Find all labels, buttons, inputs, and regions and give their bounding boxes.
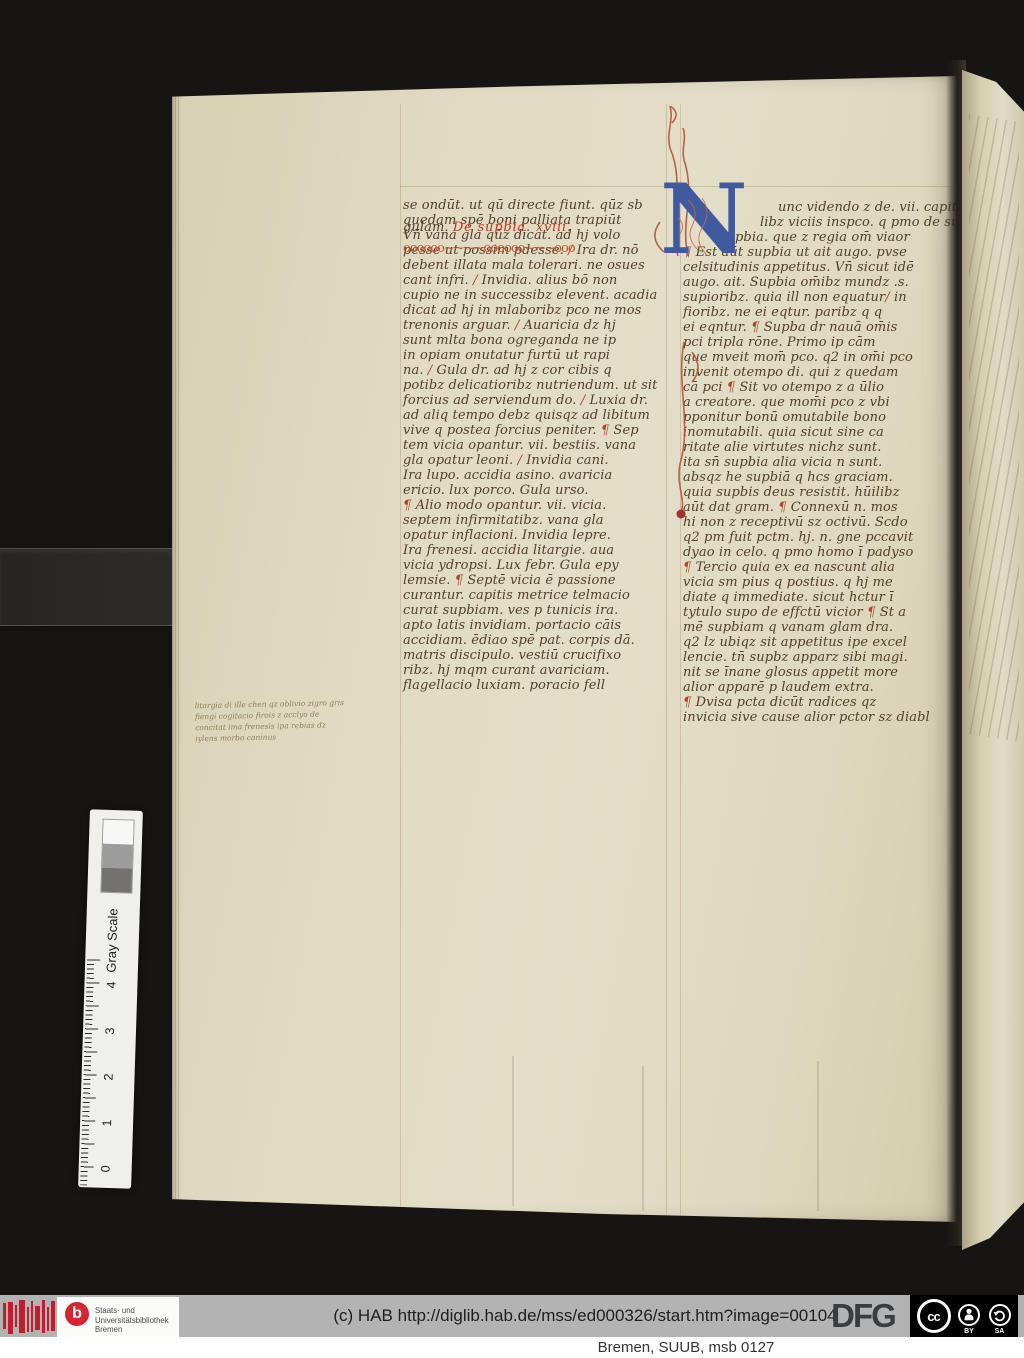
gray-patch-mid bbox=[102, 844, 133, 869]
manuscript-text-line: diate q immediate. sicut hctur ī bbox=[683, 590, 955, 605]
manuscript-text-line: ¶ Alio modo opantur. vii. vicia. bbox=[403, 498, 666, 513]
cc-icon: cc bbox=[917, 1299, 951, 1333]
manuscript-text-line: vicia ydropsi. Lux febr. Gula epy bbox=[403, 558, 666, 573]
shelfmark-text: Bremen, SUUB, msb 0127 bbox=[598, 1339, 775, 1356]
ruler-number: 0 bbox=[98, 1160, 113, 1178]
library-name-line: Staats- und bbox=[95, 1306, 169, 1316]
library-name-line: Universitätsbibliothek bbox=[95, 1316, 169, 1326]
bremen-b-icon: b bbox=[65, 1302, 89, 1326]
manuscript-text-line: na. / Gula dr. ad hj z cor cibis q bbox=[403, 363, 666, 378]
manuscript-text-line: nit se īnane glosus appetit more bbox=[683, 665, 955, 680]
initial-filigree-icon bbox=[668, 188, 738, 262]
facing-page-edge bbox=[962, 58, 1024, 1250]
manuscript-text-line: dicat ad hj in mlaboribz pco ne mos bbox=[403, 303, 666, 318]
cc-sa-block: SA bbox=[988, 1297, 1012, 1335]
screenshot-root: N se ondūt. ut qū directe fiunt. qūz sbq… bbox=[0, 0, 1024, 1358]
manuscript-text-line: cupio ne in successibz elevent. acadia bbox=[403, 288, 666, 303]
manuscript-text-line: vicia sm pius q postius. q hj me bbox=[683, 575, 955, 590]
manuscript-text-line: lemsie. ¶ Septē vicia ē passione bbox=[403, 573, 666, 588]
manuscript-text-line: ad aliq tempo debz quisqz ad libitum bbox=[403, 408, 666, 423]
manuscript-text-line: flagellacio luxiam. poracio fell bbox=[403, 678, 666, 693]
manuscript-text-line: septem infirmitatibz. vana gla bbox=[403, 513, 666, 528]
dfg-logo: DFG bbox=[820, 1297, 906, 1336]
left-text-column: se ondūt. ut qū directe fiunt. qūz sbque… bbox=[403, 198, 666, 263]
ruler-number: 2 bbox=[101, 1068, 116, 1086]
parchment-crease bbox=[512, 1056, 514, 1206]
library-name-line: Bremen bbox=[95, 1325, 169, 1335]
manuscript-photo: N se ondūt. ut qū directe fiunt. qūz sbq… bbox=[0, 0, 1024, 1295]
manuscript-text-line: potibz delicatioribz nutriendum. ut sit bbox=[403, 378, 666, 393]
cc-sa-arrow-icon bbox=[988, 1303, 1012, 1327]
manuscript-text-line: q2 pm fuit pctm. hj. n. gne pccavit bbox=[683, 530, 955, 545]
illuminated-initial: N bbox=[660, 182, 744, 270]
footer-bar: b Staats- und Universitätsbibliothek Bre… bbox=[0, 1295, 1024, 1337]
manuscript-text-line: sunt mlta bona ogreganda ne ip bbox=[403, 333, 666, 348]
manuscript-text-line: gla opatur leoni. / Invidia cani. bbox=[403, 453, 666, 468]
manuscript-text-line: invicia sive cause alior pctor sz diabl bbox=[683, 710, 955, 725]
manuscript-text-line: q2 lz ubiqz sit appetitus ipe excel bbox=[683, 635, 955, 650]
facing-page-text-hint bbox=[969, 114, 1019, 742]
page-edge-leaves bbox=[172, 87, 181, 1210]
manuscript-text-line: debent illata mala tolerari. ne osues bbox=[403, 258, 666, 273]
gray-patch-white bbox=[103, 820, 134, 845]
manuscript-text-line: vive q postea forcius peniter. ¶ Sep bbox=[403, 423, 666, 438]
ruler-numbers: 43210 bbox=[96, 978, 120, 1176]
cc-by-person-icon bbox=[957, 1303, 981, 1327]
manuscript-text-line: apto latis invidiam. portacio cāis bbox=[403, 618, 666, 633]
manuscript-text-line: se ondūt. ut qū directe fiunt. qūz sb bbox=[403, 198, 666, 213]
manuscript-text-line: curat supbiam. ves p tunicis ira. bbox=[403, 603, 666, 618]
cc-sa-label: SA bbox=[995, 1328, 1005, 1335]
parchment-crease bbox=[642, 1066, 644, 1211]
manuscript-text-line: dyao in celo. q pmo homo ī padyso bbox=[683, 545, 955, 560]
footer-caption-strip: Bremen, SUUB, msb 0127 bbox=[0, 1337, 1024, 1358]
bremen-library-name: Staats- und Universitätsbibliothek Breme… bbox=[95, 1306, 169, 1335]
left-lines: se ondūt. ut qū directe fiunt. qūz sbque… bbox=[403, 198, 666, 220]
gray-scale-label: Gray Scale bbox=[104, 908, 121, 973]
bremen-barcode-logo bbox=[3, 1299, 55, 1333]
cc-license-badge: cc BY SA bbox=[910, 1295, 1018, 1337]
parchment-crease bbox=[817, 1061, 819, 1211]
manuscript-text-line: trenonis arguar. / Auaricia dz hj bbox=[403, 318, 666, 333]
manuscript-text-line: mē supbiam q vanam glam dra. bbox=[683, 620, 955, 635]
manuscript-text-line: curantur. capitis metrice telmacio bbox=[403, 588, 666, 603]
gray-scale-card: Gray Scale 43210 bbox=[78, 809, 143, 1188]
manuscript-text-line: Ira lupo. accidia asino. avaricia bbox=[403, 468, 666, 483]
cc-by-block: BY bbox=[957, 1297, 981, 1335]
manuscript-text-line: opatur inflacioni. Invidia lepre. bbox=[403, 528, 666, 543]
cc-by-label: BY bbox=[964, 1328, 974, 1335]
manuscript-text-line: tytulo supo de effctū vicior ¶ St a bbox=[683, 605, 955, 620]
manuscript-text-line: matris discipulo. vestiū crucifixo bbox=[403, 648, 666, 663]
flourish-terminal-dot bbox=[677, 510, 686, 519]
manuscript-text-line: ericio. lux porco. Gula urso. bbox=[403, 483, 666, 498]
manuscript-text-line: cant infri. / Invidia. alius bō non bbox=[403, 273, 666, 288]
manuscript-text-line: forcius ad serviendum do. / Luxia dr. bbox=[403, 393, 666, 408]
manuscript-text-line: tem vicia opantur. vii. bestiis. vana bbox=[403, 438, 666, 453]
ruler-number: 1 bbox=[100, 1114, 115, 1132]
gray-patch-dark bbox=[101, 868, 132, 893]
ruler-number: 4 bbox=[104, 976, 119, 994]
manuscript-text-line: in opiam onutatur furtū ut rapi bbox=[403, 348, 666, 363]
chapter-rubric: De supbia. xviii. bbox=[453, 220, 572, 235]
manuscript-text-line: alior apparē p laudem extra. bbox=[683, 680, 955, 695]
marginal-gloss: litargia di ille chen qz oblivio zigro g… bbox=[195, 696, 406, 744]
manuscript-text-line: ribz. hj mqm curant avariciam. bbox=[403, 663, 666, 678]
ruler-number: 3 bbox=[103, 1022, 118, 1040]
line-text: gulam. bbox=[403, 220, 453, 235]
gray-patches bbox=[100, 819, 134, 894]
manuscript-text-line: ¶ Tercio quia ex ea nascunt alia bbox=[683, 560, 955, 575]
ruling-line bbox=[400, 104, 401, 1224]
manuscript-text-line: lencie. tn̄ supbz apparz sibi magi. bbox=[683, 650, 955, 665]
copyright-url-text: (c) HAB http://diglib.hab.de/mss/ed00032… bbox=[333, 1306, 836, 1326]
manuscript-text-line: accidiam. ēdiao spē pat. corpis dā. bbox=[403, 633, 666, 648]
manuscript-text-line: Ira frenesi. accidia litargie. aua bbox=[403, 543, 666, 558]
manuscript-text-line: ¶ Dvisa pcta dicūt radices qz bbox=[683, 695, 955, 710]
manuscript-page: N se ondūt. ut qū directe fiunt. qūz sbq… bbox=[172, 76, 958, 1222]
